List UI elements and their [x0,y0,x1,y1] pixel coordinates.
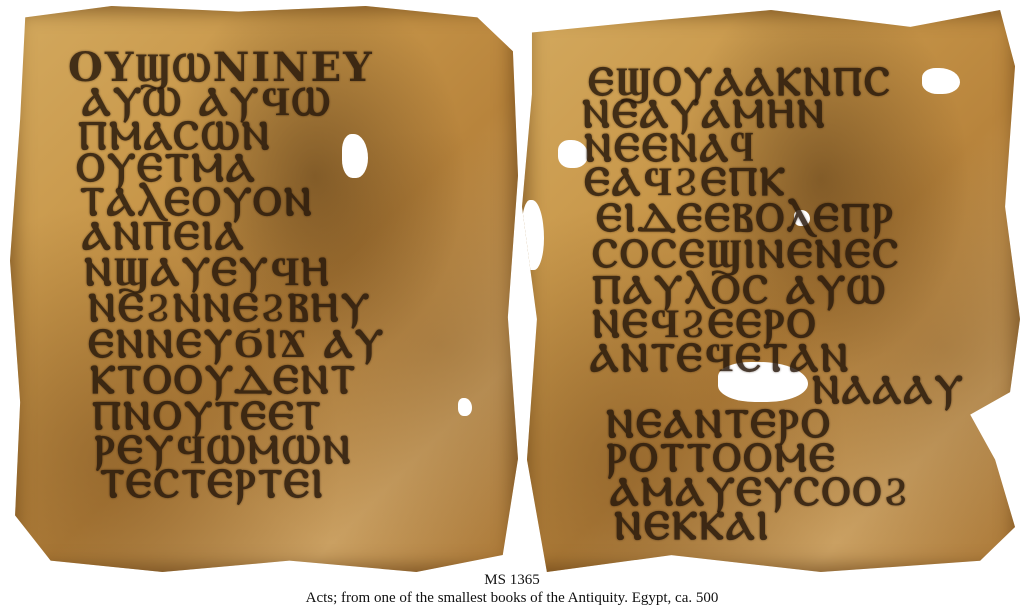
manuscript-left-leaf: ΟΥϢⲰΝΙΝΕΥ ⲀⲨⲰ ⲀⲨϤⲰ ⲠⲘⲀⲤⲰⲚ ⲞⲨⲈⲦⲘⲀ ⲦⲀⲖⲈⲞⲨⲞ… [10,6,518,572]
manuscript-right-leaf: ⲈϢⲞⲨⲀⲀⲔⲚⲠⲤ ⲚⲈⲀⲨⲀⲘⲎⲚ ⲚⲈⲈⲚⲀϥ ⲈⲀϤϨⲈⲠⲔ ⲈⲒⲆⲈⲈ… [522,10,1020,572]
script-line: ⲚⲈⲔⲔⲀⲒ [614,502,770,549]
caption-title: MS 1365 [0,572,1024,589]
script-line: ⲚⲀⲀⲀⲨ [812,366,965,413]
parchment-hole [922,68,960,94]
parchment-hole [342,134,368,178]
caption-description: Acts; from one of the smallest books of … [0,590,1024,607]
parchment-hole [522,200,544,270]
parchment-hole [458,398,472,416]
script-line: ⲦⲈⲤⲦⲈⲢⲦⲈⲒ [100,460,325,507]
